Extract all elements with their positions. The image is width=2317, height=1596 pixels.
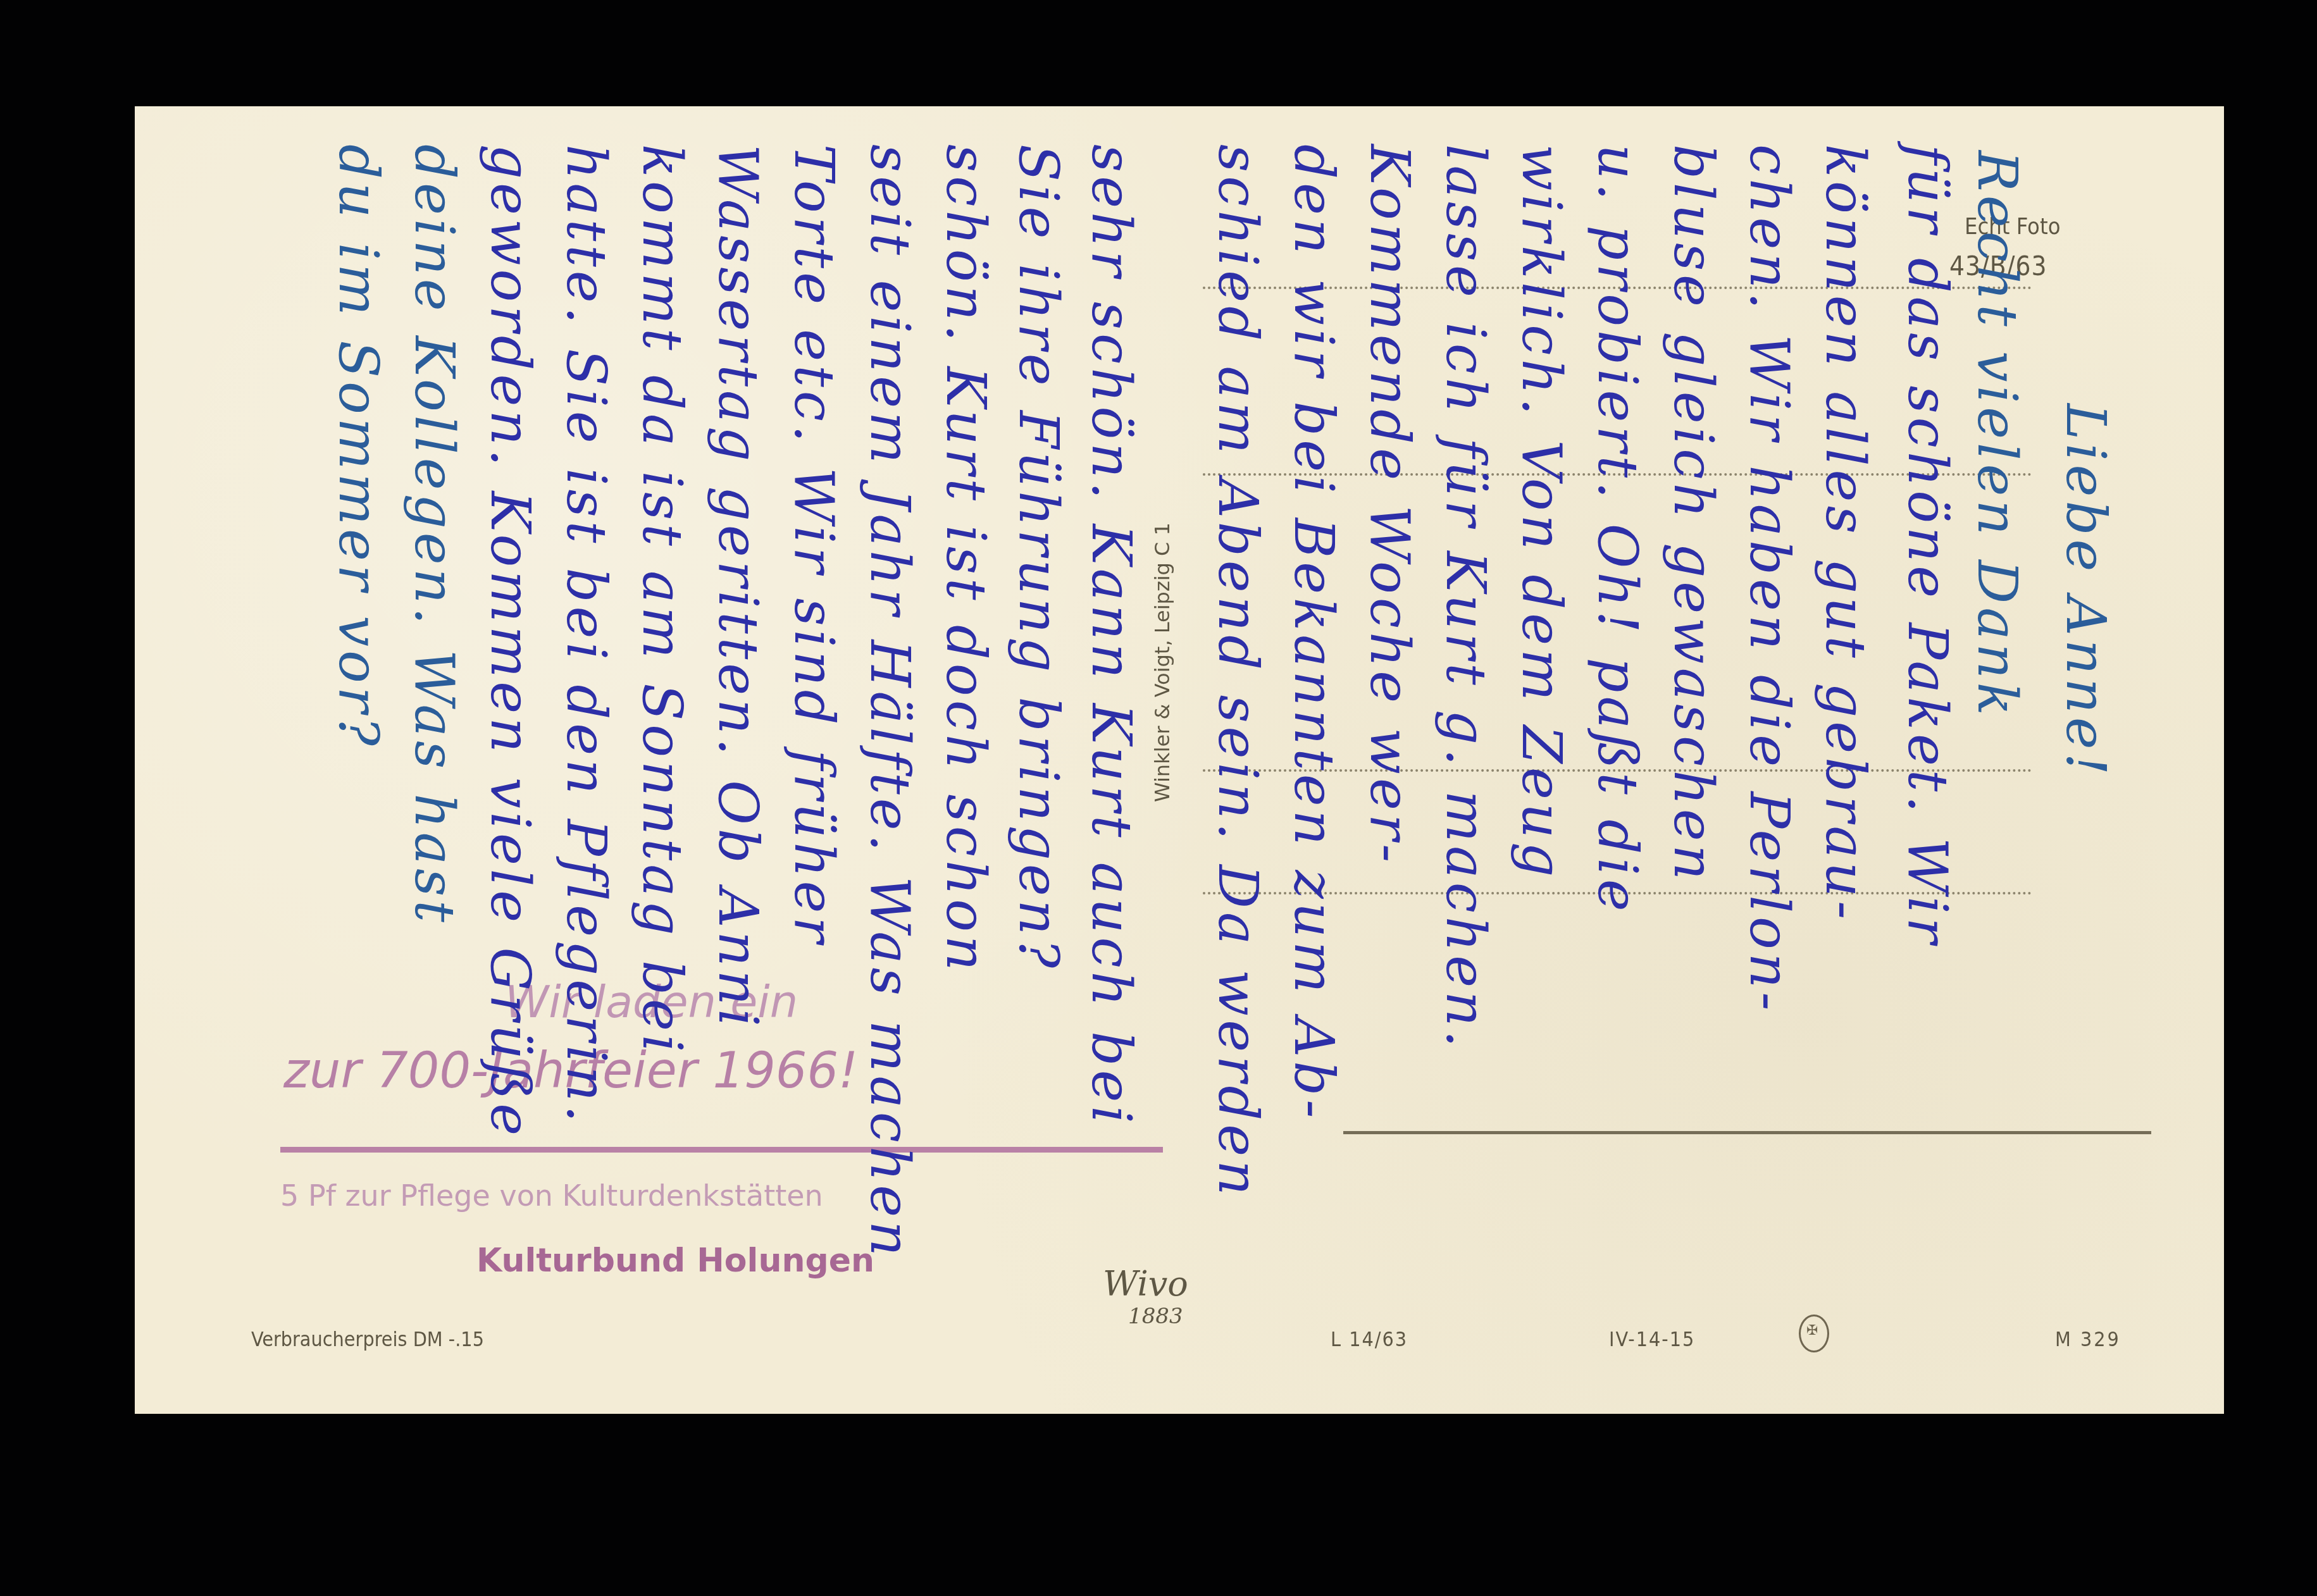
handwriting-line: sehr schön. Kann Kurt auch bei <box>1084 144 1138 1127</box>
handwriting-line: schön. Kurt ist doch schon <box>938 144 993 974</box>
handwriting-line: chen. Wir haben die Perlon- <box>1742 144 1796 1014</box>
price-label: Verbraucherpreis DM -.15 <box>251 1327 484 1351</box>
handwriting-line: du im Sommer vor? <box>331 144 385 750</box>
handwriting-line: Liebe Anne! <box>2058 404 2113 779</box>
handwriting-line: den wir bei Bekannten zum Ab- <box>1286 144 1341 1122</box>
handwriting-line: kommt da ist am Sonntag bei <box>635 144 689 1056</box>
handwriting-line: u. probiert. Oh! paßt die <box>1590 144 1644 915</box>
wivo-logo: Wivo 1883 <box>1103 1264 1188 1329</box>
handwriting-line: hatte. Sie ist bei den Pflegerin. <box>559 144 613 1126</box>
address-underline <box>1343 1131 2151 1134</box>
l-number: L 14/63 <box>1331 1327 1408 1351</box>
stamp-rule <box>280 1147 1163 1153</box>
handwriting-line: wirklich. Von dem Zeug <box>1514 144 1568 881</box>
handwriting-line: können alles gut gebrau- <box>1818 144 1872 923</box>
handwriting-line: bluse gleich gewaschen <box>1666 144 1720 884</box>
iv-number: IV-14-15 <box>1609 1327 1695 1351</box>
handwriting-line: Torte etc. Wir sind früher <box>786 144 841 947</box>
m-number: M 329 <box>2055 1327 2121 1351</box>
stamp-line-4: Kulturbund Holungen <box>476 1242 874 1280</box>
handwriting-line: seit einem Jahr Hälfte. Was machen <box>862 144 917 1260</box>
handwriting-line: Recht vielen Dank <box>1970 151 2024 719</box>
handwriting-line: Sie ihre Führung bringen? <box>1011 144 1065 972</box>
handwriting-line: für das schöne Paket. Wir <box>1900 144 1954 948</box>
circle-mark-icon: ✠ <box>1799 1315 1829 1352</box>
handwriting-line: schied am Abend sein. Da werden <box>1210 144 1265 1199</box>
handwriting-line: Wassertag geritten. Ob Anni <box>711 144 765 1030</box>
handwriting-line: deine Kollegen. Was hast <box>407 144 461 926</box>
publisher-imprint: Winkler & Voigt, Leipzig C 1 <box>1150 523 1174 802</box>
stamp-line-3: 5 Pf zur Pflege von Kulturdenkstätten <box>280 1178 823 1213</box>
handwriting-line: lasse ich für Kurt g. machen. <box>1438 144 1493 1051</box>
wivo-year: 1883 <box>1128 1304 1188 1329</box>
postcard-back: Echt Foto 43/B/63 Winkler & Voigt, Leipz… <box>135 106 2224 1414</box>
wivo-signature: Wivo <box>1103 1264 1188 1304</box>
handwriting-line: Kommende Woche wer- <box>1362 144 1417 866</box>
handwriting-line: geworden. Kommen viele Grüße <box>483 144 537 1139</box>
